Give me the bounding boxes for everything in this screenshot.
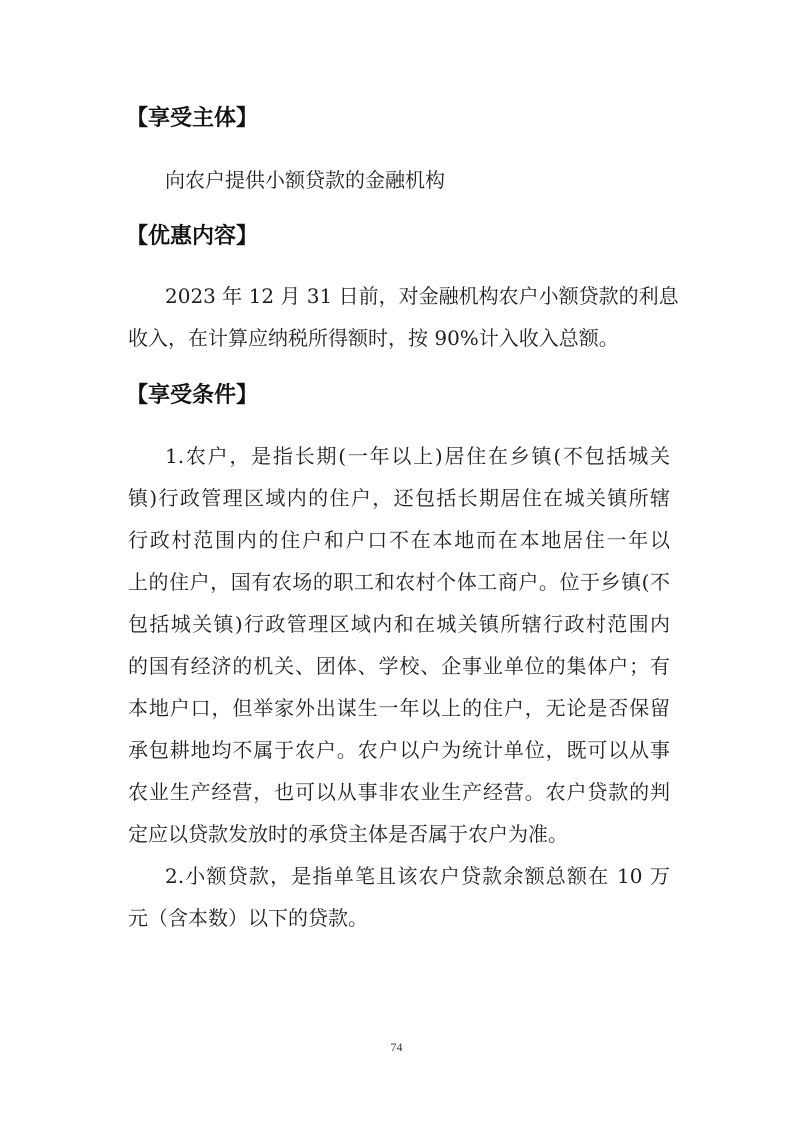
section-heading-benefit: 【优惠内容】 [126, 224, 258, 250]
page-number: 74 [0, 1040, 793, 1055]
condition-line: 行政村范围内的住户和户口不在本地而在本地居住一年以 [128, 527, 670, 553]
condition-line: 的国有经济的机关、团体、学校、企事业单位的集体户；有 [128, 653, 670, 679]
condition-line: 包括城关镇)行政管理区域内和在城关镇所辖行政村范围内 [128, 611, 670, 637]
condition-line: 镇)行政管理区域内的住户，还包括长期居住在城关镇所辖 [128, 485, 670, 511]
condition-line: 农业生产经营，也可以从事非农业生产经营。农户贷款的判 [128, 779, 670, 805]
section-heading-beneficiary: 【享受主体】 [126, 106, 258, 132]
section-heading-conditions: 【享受条件】 [126, 383, 258, 409]
condition-line: 元（含本数）以下的贷款。 [128, 905, 670, 931]
condition-line: 承包耕地均不属于农户。农户以户为统计单位，既可以从事 [128, 737, 670, 763]
condition-line: 上的住户，国有农场的职工和农村个体工商户。位于乡镇(不 [128, 569, 670, 595]
benefit-line: 收入，在计算应纳税所得额时，按 90%计入收入总额。 [128, 325, 670, 351]
benefit-line: 2023 年 12 月 31 日前，对金融机构农户小额贷款的利息 [165, 283, 670, 309]
condition-line: 本地户口，但举家外出谋生一年以上的住户，无论是否保留 [128, 695, 670, 721]
condition-line: 2.小额贷款，是指单笔且该农户贷款余额总额在 10 万 [165, 863, 670, 889]
condition-line: 定应以贷款发放时的承贷主体是否属于农户为准。 [128, 821, 670, 847]
beneficiary-text: 向农户提供小额贷款的金融机构 [165, 167, 670, 193]
document-page: 【享受主体】 向农户提供小额贷款的金融机构 【优惠内容】 2023 年 12 月… [0, 0, 793, 1122]
condition-line: 1.农户，是指长期(一年以上)居住在乡镇(不包括城关 [165, 443, 670, 469]
